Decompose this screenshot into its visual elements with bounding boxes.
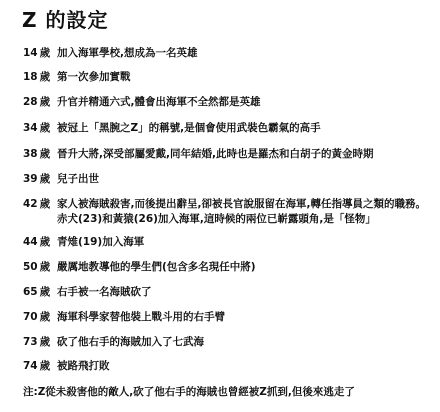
age-label: 38歲 [23, 147, 57, 162]
timeline-entry-50: 50歲 嚴厲地教導他的學生們(包含多名現任中將) [23, 260, 433, 275]
event-text: 第一次參加實戰 [57, 70, 433, 85]
event-text: 青雉(19)加入海軍 [57, 235, 433, 250]
timeline-entry-14: 14歲 加入海軍學校,想成為一名英雄 [23, 46, 433, 61]
timeline-entry-44: 44歲 青雉(19)加入海軍 [23, 235, 433, 250]
timeline-entry-18: 18歲 第一次參加實戰 [23, 70, 433, 85]
age-label: 65歲 [23, 285, 57, 300]
timeline-entry-38: 38歲 晉升大將,深受部屬愛戴,同年結婚,此時也是羅杰和白胡子的黃金時期 [23, 147, 433, 162]
event-text: 嚴厲地教導他的學生們(包含多名現任中將) [57, 260, 433, 275]
age-label: 74歲 [23, 359, 57, 374]
timeline-entry-42: 42歲 家人被海賊殺害,而後提出辭呈,卻被長官說服留在海軍,轉任指導員之類的職務… [23, 197, 433, 227]
age-label: 34歲 [23, 121, 57, 136]
event-text: 加入海軍學校,想成為一名英雄 [57, 46, 433, 61]
event-text: 砍了他右手的海賊加入了七武海 [57, 335, 433, 350]
age-label: 70歲 [23, 310, 57, 325]
footnote: 注:Z從未殺害他的敵人,砍了他右手的海賊也曾經被Z抓到,但後來逃走了 [23, 385, 355, 400]
timeline-entry-65: 65歲 右手被一名海賊砍了 [23, 285, 433, 300]
timeline-entry-34: 34歲 被冠上「黑腕之Z」的稱號,是個會使用武裝色霸氣的高手 [23, 121, 433, 136]
event-text: 被路飛打敗 [57, 359, 433, 374]
timeline-entry-74: 74歲 被路飛打敗 [23, 359, 433, 374]
event-text: 升官并精通六式,體會出海軍不全然都是英雄 [57, 95, 433, 110]
age-label: 28歲 [23, 95, 57, 110]
age-label: 14歲 [23, 46, 57, 61]
event-text: 海軍科學家替他裝上戰斗用的右手臂 [57, 310, 433, 325]
age-label: 50歲 [23, 260, 57, 275]
timeline-entry-73: 73歲 砍了他右手的海賊加入了七武海 [23, 335, 433, 350]
event-text: 家人被海賊殺害,而後提出辭呈,卻被長官說服留在海軍,轉任指導員之類的職務。 赤犬… [57, 197, 433, 227]
age-label: 73歲 [23, 335, 57, 350]
event-text: 晉升大將,深受部屬愛戴,同年結婚,此時也是羅杰和白胡子的黃金時期 [57, 147, 433, 162]
event-text: 被冠上「黑腕之Z」的稱號,是個會使用武裝色霸氣的高手 [57, 121, 433, 136]
timeline-entry-70: 70歲 海軍科學家替他裝上戰斗用的右手臂 [23, 310, 433, 325]
page-title: Z 的設定 [22, 6, 108, 34]
age-label: 18歲 [23, 70, 57, 85]
age-label: 42歲 [23, 197, 57, 212]
event-text: 兒子出世 [57, 172, 433, 187]
timeline-entry-28: 28歲 升官并精通六式,體會出海軍不全然都是英雄 [23, 95, 433, 110]
event-text: 右手被一名海賊砍了 [57, 285, 433, 300]
age-label: 44歲 [23, 235, 57, 250]
timeline-entry-39: 39歲 兒子出世 [23, 172, 433, 187]
age-label: 39歲 [23, 172, 57, 187]
